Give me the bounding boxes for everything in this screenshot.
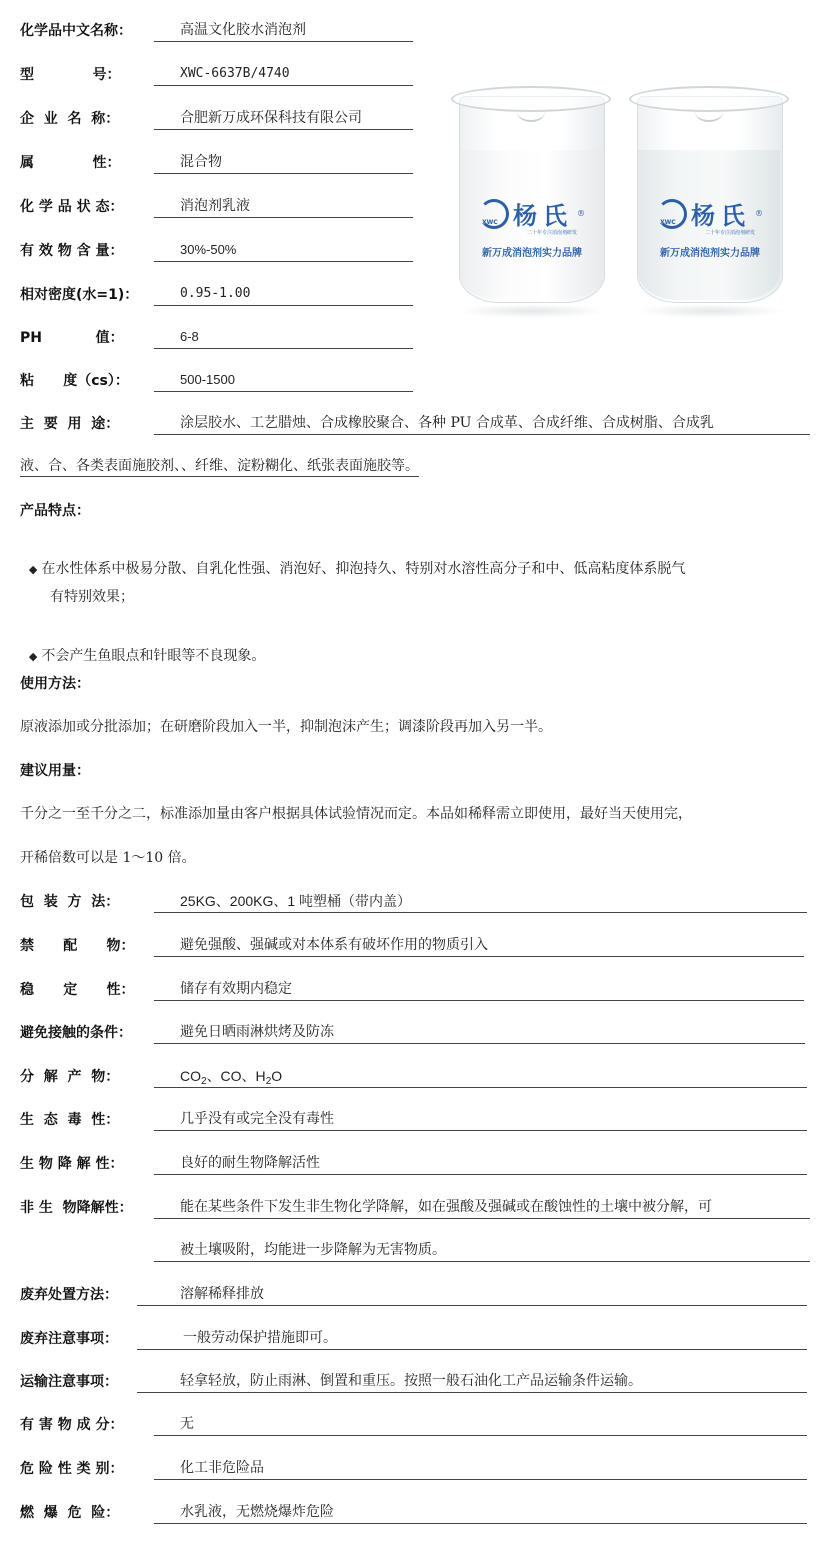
features-heading: 产品特点： xyxy=(20,500,90,520)
spec-label: 运输注意事项： xyxy=(20,1371,118,1393)
spec-label: 非 生 物降解性： xyxy=(20,1197,133,1219)
brand-logo: XWC 杨氏 ® 二十年专注消泡剂研发 新万成消泡剂实力品牌 xyxy=(643,196,777,259)
spec-label: 相对密度(水=1)： xyxy=(20,284,138,306)
dosage-heading: 建议用量： xyxy=(20,760,90,780)
brand-small-tagline: 二十年专注消泡剂研发 xyxy=(643,229,777,236)
spec-row-ph: PH 值： xyxy=(20,325,124,349)
beaker-milky: XWC 杨氏 ® 二十年专注消泡剂研发 新万成消泡剂实力品牌 xyxy=(451,78,611,303)
main-use-label: 主 要 用 途： xyxy=(20,413,119,435)
brand-logo: XWC 杨氏 ® 二十年专注消泡剂研发 新万成消泡剂实力品牌 xyxy=(465,196,599,259)
spec-row-packaging: 包 装 方 法： xyxy=(20,889,119,913)
spec-row-incompatible: 禁 配 物： xyxy=(20,933,135,957)
spec-value-model: XWC-6637B/4740 xyxy=(154,64,413,86)
spec-value-packaging: 25KG、200KG、1 吨塑桶（带内盖） xyxy=(154,891,807,913)
spec-value-stability: 储存有效期内稳定 xyxy=(154,979,804,1001)
dosage-text-line2: 开稀倍数可以是 1～10 倍。 xyxy=(20,847,196,867)
spec-label: 燃 爆 危 险： xyxy=(20,1502,119,1524)
diamond-bullet-icon: ◆ xyxy=(29,563,37,576)
spec-label: 废弃处置方法： xyxy=(20,1284,118,1306)
spec-label: 企 业 名 称： xyxy=(20,108,119,130)
brand-tagline: 新万成消泡剂实力品牌 xyxy=(465,244,599,259)
spec-label: 化学品中文名称： xyxy=(20,20,132,42)
spec-value-transport-notes: 轻拿轻放，防止雨淋、倒置和重压。按照一般石油化工产品运输条件运输。 xyxy=(137,1371,807,1393)
feature-text-continued: 有特别效果； xyxy=(50,586,134,606)
spec-label: 废弃注意事项： xyxy=(20,1328,118,1350)
brand-tagline: 新万成消泡剂实力品牌 xyxy=(643,244,777,259)
spec-label: 稳 定 性： xyxy=(20,979,135,1001)
spec-value-state: 消泡剂乳液 xyxy=(154,196,413,218)
spec-value-avoid-conditions: 避免日晒雨淋烘烤及防冻 xyxy=(154,1022,805,1044)
spec-label: 包 装 方 法： xyxy=(20,891,119,913)
spec-value-density: 0.95-1.00 xyxy=(154,284,413,306)
feature-item: ◆在水性体系中极易分散、自乳化性强、消泡好、抑泡持久、特别对水溶性高分子和中、低… xyxy=(20,542,685,578)
spec-row-active-content: 有 效 物 含 量： xyxy=(20,238,124,262)
main-use-value-line1: 涂层胶水、工艺腊烛、合成橡胶聚合、各种 PU 合成革、合成纤维、合成树脂、合成乳 xyxy=(154,413,810,435)
usage-text: 原液添加或分批添加；在研磨阶段加入一半，抑制泡沫产生；调漆阶段再加入另一半。 xyxy=(20,716,552,736)
brand-name: 杨氏 xyxy=(513,196,573,231)
spec-row-viscosity: 粘 度（cs）： xyxy=(20,368,129,392)
spec-row-decomposition: 分 解 产 物： xyxy=(20,1064,119,1088)
product-image: XWC 杨氏 ® 二十年专注消泡剂研发 新万成消泡剂实力品牌 XWC 杨氏 ® … xyxy=(445,58,815,323)
spec-row-transport-notes: 运输注意事项： xyxy=(20,1369,118,1393)
spec-row-avoid-conditions: 避免接触的条件： xyxy=(20,1020,132,1044)
spec-value-ph: 6-8 xyxy=(154,327,413,349)
beaker-clear: XWC 杨氏 ® 二十年专注消泡剂研发 新万成消泡剂实力品牌 xyxy=(629,78,789,303)
diamond-bullet-icon: ◆ xyxy=(29,650,37,663)
spec-value-hazardous-components: 无 xyxy=(154,1414,807,1436)
spec-row-chinese-name: 化学品中文名称： xyxy=(20,18,132,42)
spec-label: 属 性： xyxy=(20,152,121,174)
spec-label: 生 态 毒 性： xyxy=(20,1109,119,1131)
brand-small-tagline: 二十年专注消泡剂研发 xyxy=(465,229,599,236)
spec-row-model: 型 号： xyxy=(20,62,121,86)
spec-value-active-content: 30%-50% xyxy=(154,240,413,262)
spec-row-abiotic-degradation: 非 生 物降解性： xyxy=(20,1195,133,1219)
main-use-value-line2: 液、合、各类表面施胶剂、、纤维、淀粉糊化、纸张表面施胶等。 xyxy=(20,456,419,477)
spec-row-company: 企 业 名 称： xyxy=(20,106,119,130)
spec-value-abiotic-degradation: 能在某些条件下发生非生物化学降解，如在强酸及强碱或在酸蚀性的土壤中被分解，可 xyxy=(154,1197,810,1219)
spec-label: 避免接触的条件： xyxy=(20,1022,132,1044)
spec-label: 禁 配 物： xyxy=(20,935,135,957)
spec-value-eco-toxicity: 几乎没有或完全没有毒性 xyxy=(154,1109,807,1131)
spec-value-abiotic-degradation-line2: 被土壤吸附，均能进一步降解为无害物质。 xyxy=(154,1240,810,1262)
registered-mark: ® xyxy=(755,209,763,218)
spec-value-disposal-notes: 一般劳动保护措施即可。 xyxy=(137,1328,807,1350)
spec-value-hazard-class: 化工非危险品 xyxy=(154,1458,807,1480)
spec-label: 有 害 物 成 分： xyxy=(20,1414,124,1436)
feature-text: 不会产生鱼眼点和针眼等不良现象。 xyxy=(41,648,265,664)
usage-heading: 使用方法： xyxy=(20,673,90,693)
spec-label: PH 值： xyxy=(20,327,124,349)
dosage-text-line1: 千分之一至千分之二，标准添加量由客户根据具体试验情况而定。本品如稀释需立即使用，… xyxy=(20,803,692,823)
spec-label: 危 险 性 类 别： xyxy=(20,1458,124,1480)
spec-row-state: 化 学 品 状 态： xyxy=(20,194,124,218)
spec-label: 分 解 产 物： xyxy=(20,1066,119,1088)
spec-row-density: 相对密度(水=1)： xyxy=(20,282,138,306)
spec-row-property: 属 性： xyxy=(20,150,121,174)
main-use-row: 主 要 用 途： xyxy=(20,411,119,435)
spec-value-property: 混合物 xyxy=(154,152,413,174)
spec-row-hazard-class: 危 险 性 类 别： xyxy=(20,1456,124,1480)
registered-mark: ® xyxy=(577,209,585,218)
spec-value-viscosity: 500-1500 xyxy=(154,370,413,392)
spec-row-disposal-notes: 废弃注意事项： xyxy=(20,1326,118,1350)
spec-row-eco-toxicity: 生 态 毒 性： xyxy=(20,1107,119,1131)
spec-value-company: 合肥新万成环保科技有限公司 xyxy=(154,108,413,130)
feature-text: 在水性体系中极易分散、自乳化性强、消泡好、抑泡持久、特别对水溶性高分子和中、低高… xyxy=(41,561,685,577)
spec-value-decomposition: CO2、CO、H2O xyxy=(154,1066,807,1088)
spec-label: 有 效 物 含 量： xyxy=(20,240,124,262)
swirl-logo-icon: XWC xyxy=(657,199,687,229)
spec-label: 化 学 品 状 态： xyxy=(20,196,124,218)
spec-value-incompatible: 避免强酸、强碱或对本体系有破坏作用的物质引入 xyxy=(154,935,804,957)
spec-row-disposal-method: 废弃处置方法： xyxy=(20,1282,118,1306)
spec-row-hazardous-components: 有 害 物 成 分： xyxy=(20,1412,124,1436)
spec-value-disposal-method: 溶解稀释排放 xyxy=(137,1284,807,1306)
swirl-logo-icon: XWC xyxy=(479,199,509,229)
spec-row-fire-explosion: 燃 爆 危 险： xyxy=(20,1500,119,1524)
spec-value-biodegradability: 良好的耐生物降解活性 xyxy=(154,1153,807,1175)
brand-name: 杨氏 xyxy=(691,196,751,231)
spec-value-chinese-name: 高温文化胶水消泡剂 xyxy=(154,20,413,42)
spec-label: 生 物 降 解 性： xyxy=(20,1153,124,1175)
spec-label: 粘 度（cs）： xyxy=(20,370,129,392)
feature-item: ◆不会产生鱼眼点和针眼等不良现象。 xyxy=(20,629,265,665)
spec-row-biodegradability: 生 物 降 解 性： xyxy=(20,1151,124,1175)
spec-label: 型 号： xyxy=(20,64,121,86)
spec-value-fire-explosion: 水乳液，无燃烧爆炸危险 xyxy=(154,1502,807,1524)
spec-row-stability: 稳 定 性： xyxy=(20,977,135,1001)
